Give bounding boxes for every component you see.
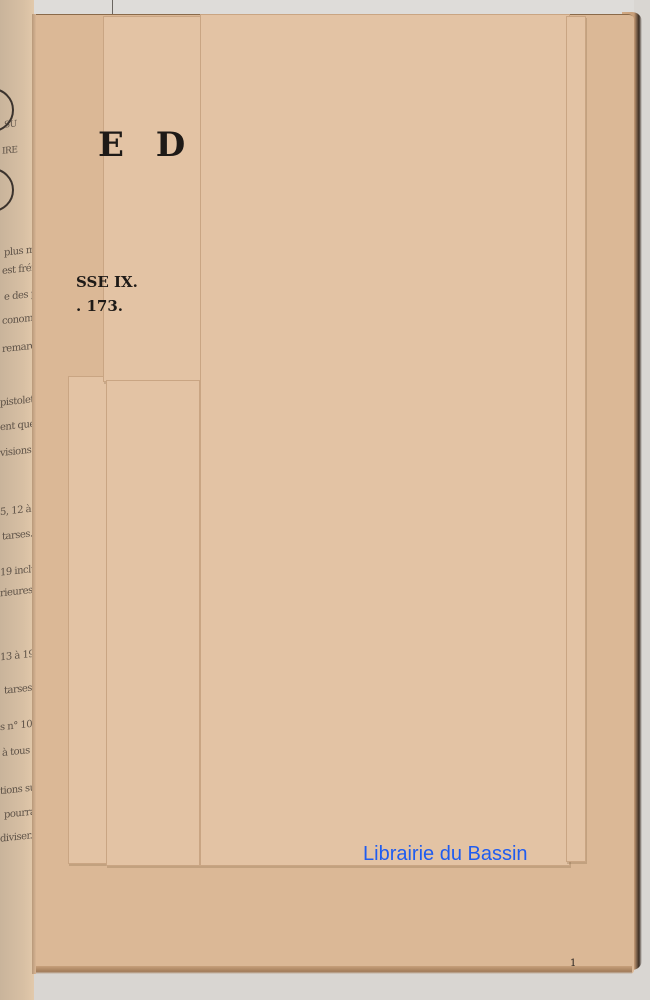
left-text-line: à tous le: [2, 744, 34, 759]
left-text-line: e des pr: [4, 288, 34, 303]
slip-class-line: SSE IX.: [76, 273, 138, 291]
left-text-line: s n° 10, 1: [0, 718, 34, 734]
left-text-line: rieures et: [0, 584, 34, 600]
left-text-line: pourrai: [4, 806, 34, 821]
slip-page-ref-line: . 173.: [76, 297, 123, 315]
left-text-line: tions sur: [0, 782, 34, 797]
left-text-line: pistolet: [0, 394, 34, 409]
ornament-arc-bottom: [0, 168, 14, 212]
paper-slip-main: [200, 14, 570, 866]
top-registration-mark: [112, 0, 113, 14]
left-text-line: 13 à 19, p: [0, 648, 34, 664]
left-text-line: conomie: [2, 312, 34, 327]
page-bottom-edge: [32, 966, 632, 974]
paper-slip-top-left: E D SSE IX. . 173.: [103, 16, 201, 382]
left-text-line: visions a: [0, 444, 34, 459]
paper-slip-bottom-left: [106, 380, 200, 866]
left-header-line: IRE: [2, 145, 17, 157]
left-text-line: plus m: [4, 244, 34, 258]
watermark-text: Librairie du Bassin: [363, 843, 528, 866]
scanner-top-strip: [14, 0, 634, 14]
left-text-line: remarqu: [2, 340, 34, 355]
left-header-line: SU: [4, 119, 17, 130]
left-text-line: 19 inclusiv: [0, 562, 34, 578]
book-gutter: [32, 14, 36, 974]
left-text-line: tarses.: [4, 682, 34, 696]
left-text-line: 5, 12 à 1: [0, 503, 34, 518]
left-text-line: diviser.: [0, 830, 32, 844]
left-facing-page: SU IRE plus m est frém e des pr conomie …: [0, 0, 34, 1000]
slip-title-fragment: E D: [98, 125, 195, 165]
left-text-line: est frém: [2, 262, 34, 277]
page-number: 1: [570, 958, 576, 969]
left-text-line: tarses.: [2, 528, 33, 542]
paper-slip-right-strip: [566, 16, 586, 862]
left-text-line: ent que p: [0, 418, 34, 434]
